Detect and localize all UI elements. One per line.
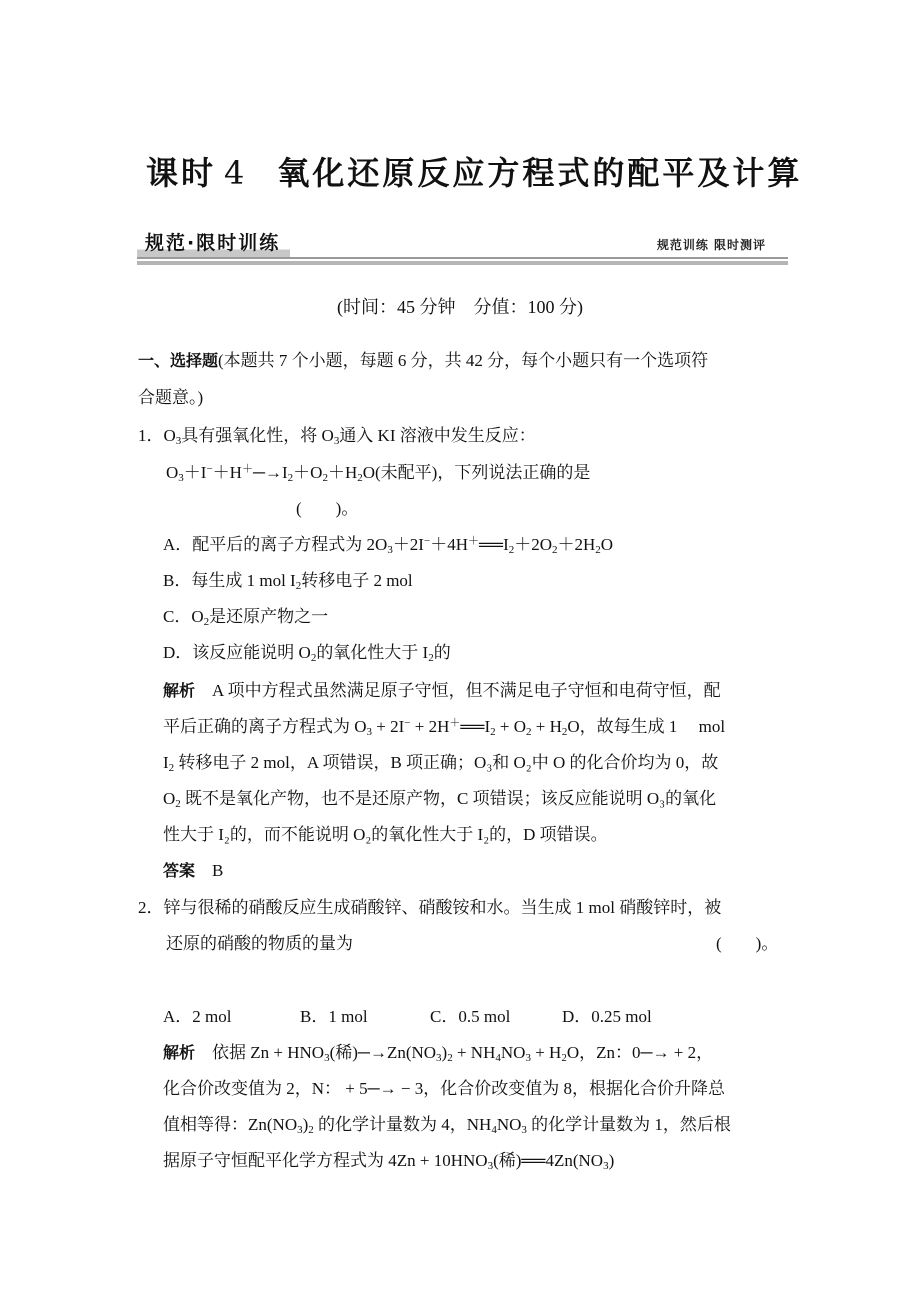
- option-text: 0.25 mol: [591, 1007, 651, 1026]
- banner-left-label: 规范·限时训练: [137, 228, 290, 258]
- section-desc-cont: 合题意。): [138, 387, 203, 409]
- title-prefix: 课时: [146, 154, 216, 192]
- option-label: D．: [163, 643, 192, 662]
- q1-equation-note: (未配平)，下列说法正确的是: [375, 463, 590, 482]
- option-text: 2 mol: [192, 1007, 231, 1026]
- q1-number: 1．: [138, 426, 164, 445]
- q1-stem-text: O: [164, 426, 176, 445]
- option-text: 配平后的离子方程式为: [192, 535, 366, 554]
- q2-analysis-line: 值相等得：Zn(NO3)2 的化学计量数为 4，NH4NO3 的化学计量数为 1…: [163, 1114, 731, 1136]
- q1-stem-text: 具有强氧化性，将 O: [181, 426, 334, 445]
- analysis-text: 依据: [212, 1043, 250, 1062]
- option-label: B．: [300, 1007, 328, 1026]
- q2-analysis-line: 化合价改变值为 2，N： + 5─→ − 3，化合价改变值为 8，根据化合价升降…: [163, 1078, 725, 1100]
- option-label: B．: [163, 571, 191, 590]
- q2-option-a[interactable]: A．2 mol: [163, 1006, 300, 1028]
- analysis-text: ，Zn：0─→ + 2，: [579, 1043, 713, 1062]
- q2-number: 2．: [138, 898, 164, 917]
- option-text: 的氧化性大于 I: [316, 643, 428, 662]
- q2-stem-cont: 还原的硝酸的物质的量为: [166, 933, 353, 955]
- q1-option-d[interactable]: D．该反应能说明 O2的氧化性大于 I2的: [163, 642, 451, 664]
- q2-stem: 2．锌与很稀的硝酸反应生成硝酸锌、硝酸铵和水。当生成 1 mol 硝酸锌时，被: [138, 897, 721, 919]
- q2-stem-text: 锌与很稀的硝酸反应生成硝酸锌、硝酸铵和水。当生成 1 mol 硝酸锌时，被: [164, 898, 722, 917]
- option-label: A．: [163, 1007, 192, 1026]
- option-text: 该反应能说明 O: [192, 643, 311, 662]
- analysis-text: 的化学计量数为 1，然后根: [531, 1115, 731, 1134]
- page-title: 课时4氧化还原反应方程式的配平及计算: [146, 148, 786, 194]
- analysis-text: 既不是氧化产物，也不是还原产物，C 项错误；该反应能说明 O₃的氧化: [185, 789, 716, 808]
- section-heading: 一、选择题(本题共 7 个小题，每题 6 分，共 42 分，每个小题只有一个选项…: [138, 350, 708, 372]
- q1-answer-blank: ( )。: [296, 498, 358, 520]
- lesson-number: 4: [224, 154, 247, 192]
- q1-option-c[interactable]: C．O2是还原产物之一: [163, 606, 328, 628]
- q2-option-d[interactable]: D．0.25 mol: [562, 1006, 652, 1028]
- banner-divider: [137, 257, 788, 259]
- answer-value: B: [212, 861, 223, 880]
- q1-analysis-line: O2 既不是氧化产物，也不是还原产物，C 项错误；该反应能说明 O₃的氧化: [163, 788, 716, 810]
- analysis-text: 转移电子 2 mol，A 项错误，B 项正确；O₃和 O₂中 O 的化合价均为 …: [178, 753, 718, 772]
- option-label: C．: [163, 607, 191, 626]
- option-label: C．: [430, 1007, 458, 1026]
- analysis-text: 的化学计量数为 4，: [318, 1115, 467, 1134]
- analysis-label: 解析: [163, 681, 195, 700]
- q2-option-b[interactable]: B．1 mol: [300, 1006, 430, 1028]
- q1-stem: 1．O3具有强氧化性，将 O3通入 KI 溶液中发生反应：: [138, 425, 536, 447]
- banner-right-label: 规范训练 限时测评: [657, 236, 766, 253]
- option-text: O: [191, 607, 203, 626]
- analysis-text: ，故每生成 1 mol: [580, 717, 725, 736]
- analysis-text: 平后正确的离子方程式为: [163, 717, 354, 736]
- banner-divider-thick: [137, 261, 788, 265]
- q1-analysis-line: I2 转移电子 2 mol，A 项错误，B 项正确；O₃和 O₂中 O 的化合价…: [163, 752, 718, 774]
- analysis-text: 值相等得：: [163, 1115, 248, 1134]
- analysis-text: A 项中方程式虽然满足原子守恒，但不满足电子守恒和电荷守恒，配: [212, 681, 721, 700]
- option-label: D．: [562, 1007, 591, 1026]
- answer-label: 答案: [163, 861, 195, 880]
- option-label: A．: [163, 535, 192, 554]
- option-text: 转移电子 2 mol: [301, 571, 412, 590]
- section-banner: 规范·限时训练 规范训练 限时测评: [137, 228, 788, 268]
- q2-analysis-line: 解析 依据 Zn + HNO3(稀)─→Zn(NO3)2 + NH4NO3 + …: [163, 1042, 713, 1064]
- q1-answer: 答案 B: [163, 860, 223, 882]
- analysis-text: 据原子守恒配平化学方程式为: [163, 1151, 388, 1170]
- option-text: 的: [434, 643, 451, 662]
- title-text: 氧化还原反应方程式的配平及计算: [277, 154, 802, 192]
- analysis-label: 解析: [163, 1043, 195, 1062]
- option-text: 每生成 1 mol I: [191, 571, 295, 590]
- q2-analysis-line: 据原子守恒配平化学方程式为 4Zn + 10HNO3(稀)══4Zn(NO3): [163, 1150, 614, 1172]
- q1-analysis-line: 解析 A 项中方程式虽然满足原子守恒，但不满足电子守恒和电荷守恒，配: [163, 680, 721, 702]
- q1-option-a[interactable]: A．配平后的离子方程式为 2O3＋2I−＋4H＋══I2＋2O2＋2H2O: [163, 534, 613, 556]
- option-text: 1 mol: [328, 1007, 367, 1026]
- q1-analysis-line: 平后正确的离子方程式为 O3 + 2I− + 2H＋══I2 + O2 + H2…: [163, 716, 725, 738]
- q1-equation: O3＋I−＋H＋─→I2＋O2＋H2O(未配平)，下列说法正确的是: [166, 462, 590, 484]
- exam-info: (时间：45 分钟 分值：100 分): [0, 296, 920, 318]
- q1-analysis-line: 性大于 I₂的，而不能说明 O₂的氧化性大于 I₂的，D 项错误。: [163, 824, 608, 846]
- option-text: 是还原产物之一: [209, 607, 328, 626]
- q2-option-c[interactable]: C．0.5 mol: [430, 1006, 562, 1028]
- q1-option-b[interactable]: B．每生成 1 mol I2转移电子 2 mol: [163, 570, 413, 592]
- option-text: 0.5 mol: [458, 1007, 510, 1026]
- q1-stem-text: 通入 KI 溶液中发生反应：: [339, 426, 535, 445]
- section-desc: (本题共 7 个小题，每题 6 分，共 42 分，每个小题只有一个选项符: [218, 351, 708, 370]
- q2-options: A．2 molB．1 molC．0.5 molD．0.25 mol: [163, 1006, 652, 1028]
- section-title: 一、选择题: [138, 351, 218, 370]
- q2-answer-blank: ( )。: [716, 933, 778, 955]
